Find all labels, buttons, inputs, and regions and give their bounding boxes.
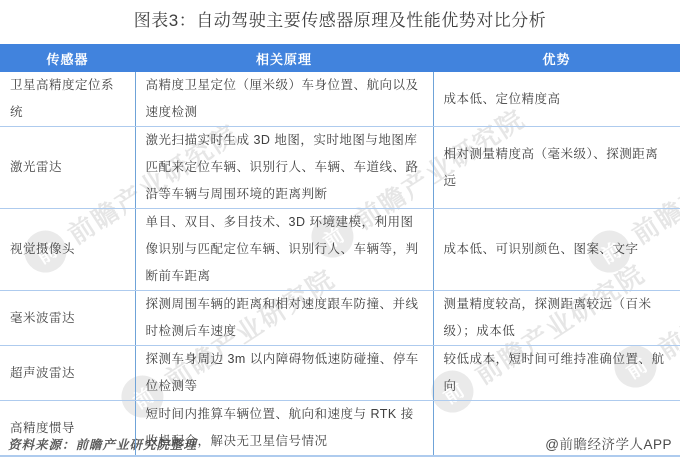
advantage-cell: 相对测量精度高（毫米级）、探测距离远 — [433, 127, 680, 209]
sensor-comparison-table: 传感器 相关原理 优势 卫星高精度定位系统高精度卫星定位（厘米级）车身位置、航向… — [0, 44, 680, 457]
sensor-cell: 高精度惯导 — [0, 401, 135, 457]
advantage-cell: 较低成本，短时间可维持准确位置、航向 — [433, 346, 680, 401]
principle-cell: 探测周围车辆的距离和相对速度跟车防撞、并线时检测后车速度 — [135, 291, 433, 346]
principle-cell: 探测车身周边 3m 以内障碍物低速防碰撞、停车位检测等 — [135, 346, 433, 401]
advantage-cell: 成本低、定位精度高 — [433, 72, 680, 127]
table-row: 高精度惯导短时间内推算车辆位置、航向和速度与 RTK 接收机配合，解决无卫星信号… — [0, 401, 680, 457]
table-row: 视觉摄像头单目、双目、多目技术、3D 环境建模，利用图像识别与匹配定位车辆、识别… — [0, 209, 680, 291]
advantage-cell: 测量精度较高，探测距离较远（百米级）；成本低 — [433, 291, 680, 346]
column-header-advantage: 优势 — [433, 44, 680, 72]
advantage-cell: 成本低、可识别颜色、图案、文字 — [433, 209, 680, 291]
sensor-cell: 超声波雷达 — [0, 346, 135, 401]
sensor-cell: 毫米波雷达 — [0, 291, 135, 346]
sensor-cell: 视觉摄像头 — [0, 209, 135, 291]
advantage-cell — [433, 401, 680, 457]
table-row: 卫星高精度定位系统高精度卫星定位（厘米级）车身位置、航向以及速度检测成本低、定位… — [0, 72, 680, 127]
sensor-cell: 卫星高精度定位系统 — [0, 72, 135, 127]
principle-cell: 短时间内推算车辆位置、航向和速度与 RTK 接收机配合，解决无卫星信号情况 — [135, 401, 433, 457]
page-title: 图表3：自动驾驶主要传感器原理及性能优势对比分析 — [0, 10, 680, 32]
table-body: 卫星高精度定位系统高精度卫星定位（厘米级）车身位置、航向以及速度检测成本低、定位… — [0, 72, 680, 456]
principle-cell: 高精度卫星定位（厘米级）车身位置、航向以及速度检测 — [135, 72, 433, 127]
table-row: 毫米波雷达探测周围车辆的距离和相对速度跟车防撞、并线时检测后车速度测量精度较高，… — [0, 291, 680, 346]
table-row: 激光雷达激光扫描实时生成 3D 地图，实时地图与地图库匹配来定位车辆、识别行人、… — [0, 127, 680, 209]
table-row: 超声波雷达探测车身周边 3m 以内障碍物低速防碰撞、停车位检测等较低成本，短时间… — [0, 346, 680, 401]
column-header-sensor: 传感器 — [0, 44, 135, 72]
principle-cell: 单目、双目、多目技术、3D 环境建模，利用图像识别与匹配定位车辆、识别行人、车辆… — [135, 209, 433, 291]
principle-cell: 激光扫描实时生成 3D 地图，实时地图与地图库匹配来定位车辆、识别行人、车辆、车… — [135, 127, 433, 209]
sensor-cell: 激光雷达 — [0, 127, 135, 209]
column-header-principle: 相关原理 — [135, 44, 433, 72]
table-header-row: 传感器 相关原理 优势 — [0, 44, 680, 72]
